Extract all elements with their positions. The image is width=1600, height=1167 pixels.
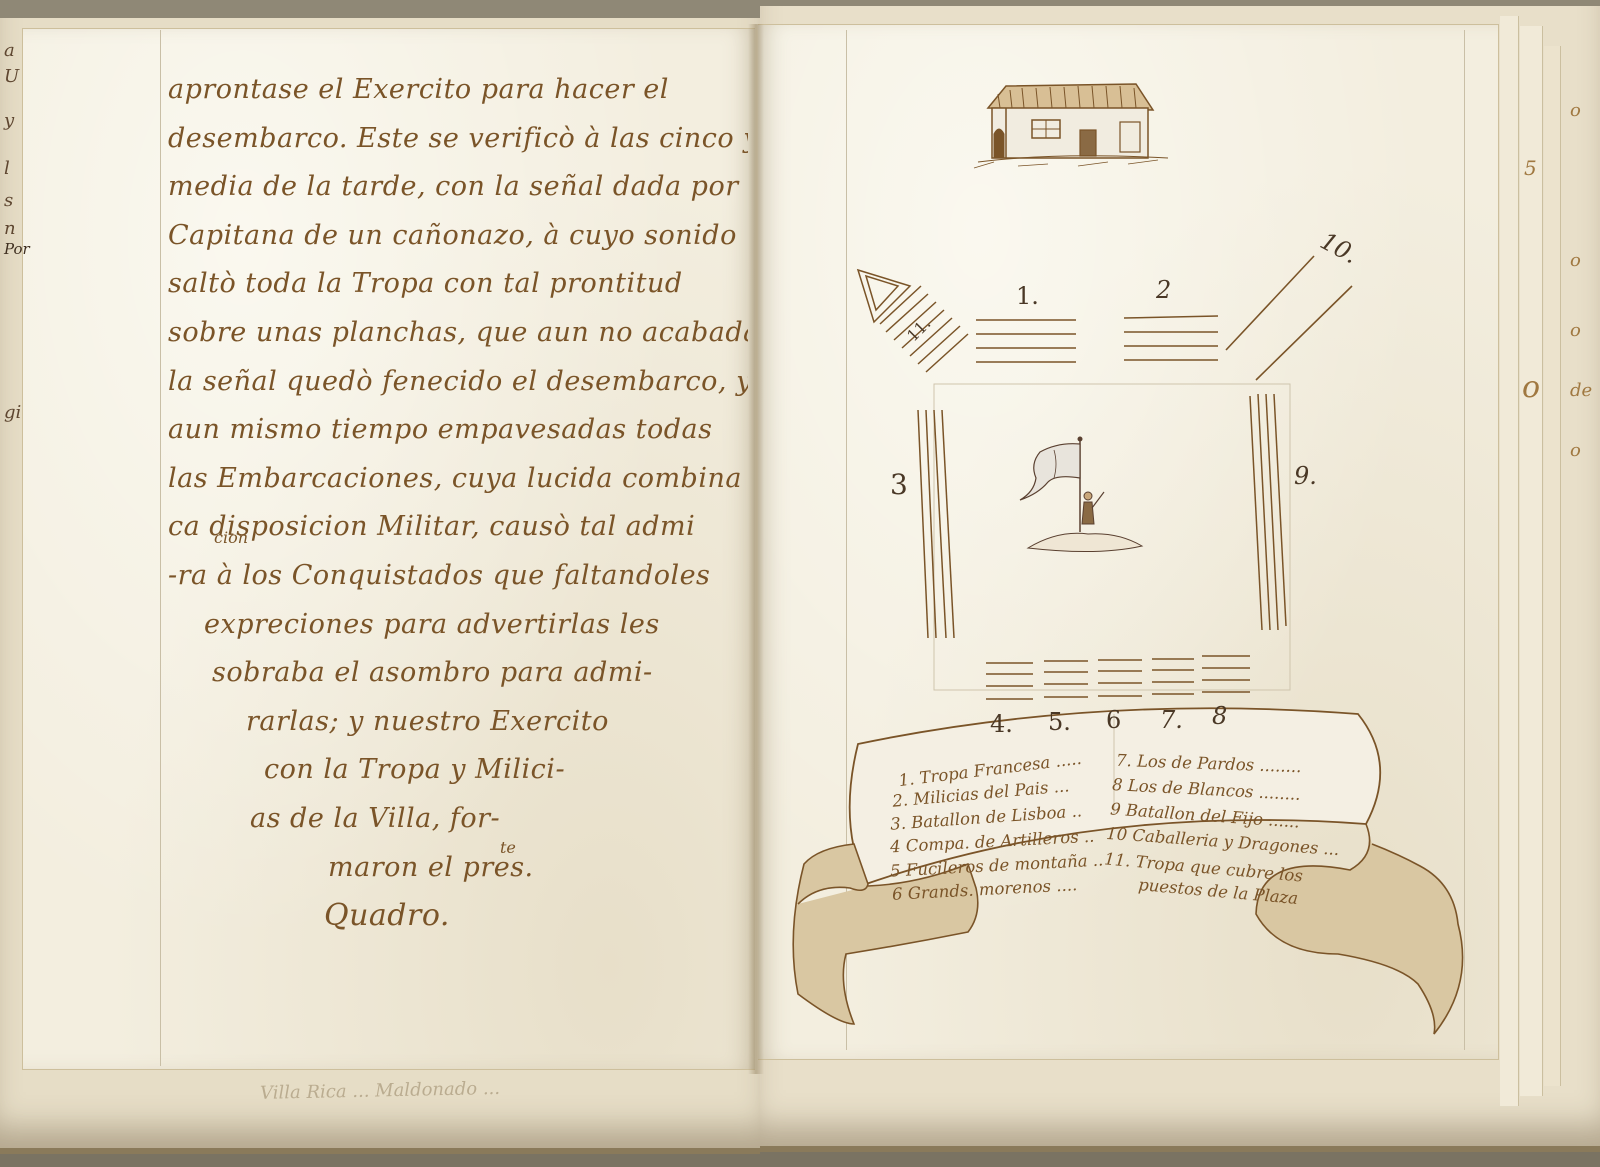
formation-label-2: 2 xyxy=(1156,276,1171,304)
formation-9 xyxy=(1250,394,1286,630)
margin-fragment: s xyxy=(4,190,13,211)
text-line: expreciones para advertirlas les xyxy=(168,601,748,650)
house-drawing xyxy=(974,84,1168,168)
margin-fragment: gi xyxy=(4,402,21,423)
formation-label-5: 5. xyxy=(1048,708,1071,736)
text-line: maron el pres. xyxy=(168,844,748,893)
formation-label-6: 6 xyxy=(1106,706,1121,734)
page-edge xyxy=(1520,26,1543,1096)
margin-fragment: y xyxy=(4,110,14,131)
text-line: Quadro. xyxy=(168,892,748,941)
manuscript-text: aprontase el Exercito para hacer el dese… xyxy=(168,66,748,941)
formation-label-4: 4. xyxy=(990,710,1013,738)
margin-fragment: U xyxy=(4,66,19,87)
text-line: la señal quedò fenecido el desembarco, y xyxy=(168,358,748,407)
margin-fragment: o xyxy=(1570,320,1581,341)
margin-fragment: l xyxy=(4,158,10,179)
text-line: rarlas; y nuestro Exercito xyxy=(168,698,748,747)
troop-formation-diagram: 1. 2 3 4. 5. 6 7. 8 9. 10. 11. 1. Tropa … xyxy=(758,24,1498,1058)
formation-label-9: 9. xyxy=(1294,462,1317,490)
text-line: ca disposicion Militar, causò tal admi xyxy=(168,503,748,552)
margin-fragment: o xyxy=(1522,370,1540,405)
interlinear-note: cion xyxy=(214,528,248,547)
text-line: -ra à los Conquistados que faltandoles xyxy=(168,552,748,601)
text-line: las Embarcaciones, cuya lucida combina xyxy=(168,455,748,504)
text-line: aun mismo tiempo empavesadas todas xyxy=(168,406,748,455)
formation-label-8: 8 xyxy=(1212,702,1227,730)
margin-fragment: 5 xyxy=(1524,156,1537,180)
margin-fragment: de xyxy=(1570,380,1592,401)
margin-fragment: o xyxy=(1570,100,1581,121)
text-line: saltò toda la Tropa con tal prontitud xyxy=(168,260,748,309)
diagram-drawing xyxy=(758,24,1498,1058)
text-line: as de la Villa, for- xyxy=(168,795,748,844)
formation-1 xyxy=(976,320,1076,362)
formation-label-3: 3 xyxy=(890,468,908,501)
interlinear-note: te xyxy=(500,838,516,857)
page-edge xyxy=(1544,46,1561,1086)
text-line: Capitana de un cañonazo, à cuyo sonido xyxy=(168,212,748,261)
text-line: sobraba el asombro para admi- xyxy=(168,649,748,698)
formation-10 xyxy=(1226,256,1352,380)
formation-label-1: 1. xyxy=(1016,282,1039,310)
formation-3 xyxy=(918,410,954,638)
formation-2 xyxy=(1124,316,1218,360)
text-line: con la Tropa y Milici- xyxy=(168,746,748,795)
text-line: sobre unas planchas, que aun no acabada xyxy=(168,309,748,358)
text-line: aprontase el Exercito para hacer el xyxy=(168,66,748,115)
formations-4-to-8 xyxy=(986,656,1250,699)
flag-with-soldier-drawing xyxy=(1020,437,1142,552)
margin-fragment: o xyxy=(1570,250,1581,271)
text-line: media de la tarde, con la señal dada por… xyxy=(168,163,748,212)
margin-rule xyxy=(160,30,161,1066)
formation-label-7: 7. xyxy=(1160,706,1183,734)
text-line: desembarco. Este se verificò à las cinco… xyxy=(168,115,748,164)
margin-fragment: o xyxy=(1570,440,1581,461)
page-edge xyxy=(1500,16,1519,1106)
margin-fragment: Por xyxy=(4,240,30,258)
margin-fragment: n xyxy=(4,218,16,239)
margin-fragment: a xyxy=(4,40,15,61)
